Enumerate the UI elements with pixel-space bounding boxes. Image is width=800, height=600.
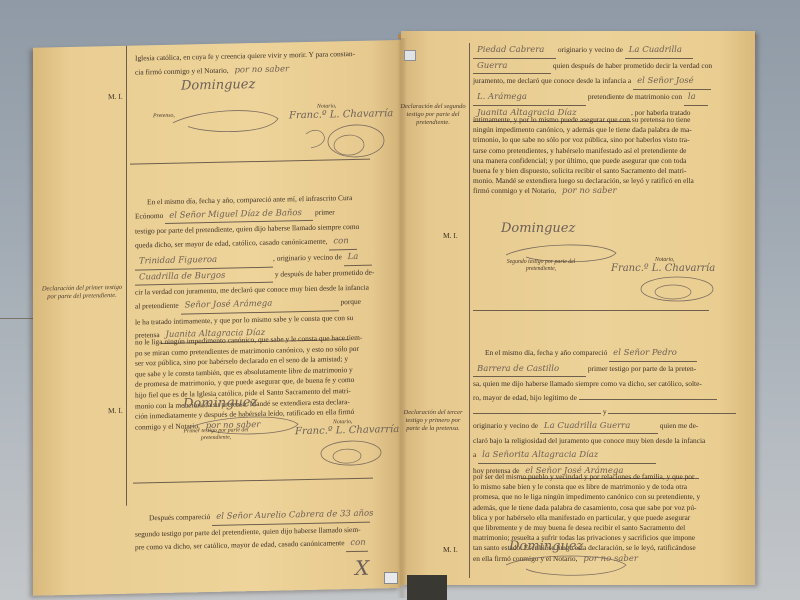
text-fragment: primer testigo por parte de la preten- [588, 364, 696, 373]
handwritten-place: Guerra [473, 60, 551, 75]
right-page: Piedad Cabrera originario y vecino de La… [401, 31, 755, 585]
binding-clip-top [404, 50, 416, 61]
book-gutter [397, 38, 407, 598]
handwritten-spouse-name: Piedad Cabrera [473, 44, 556, 59]
text-line: que libremente y de muy buena fe desea r… [473, 523, 735, 533]
text-line: promesa, que no le liga ningún impedimen… [473, 492, 735, 502]
second-witness-declaration: Después compareció el Señor Aurelio Cabr… [135, 506, 387, 556]
text-line: claró bajo la religiosidad del juramento… [473, 434, 735, 448]
margin-note-first-witness: Declaración del primer testigo por parte… [41, 284, 123, 302]
notary-flourish [301, 112, 391, 164]
text-fragment: juramento, me declaró que conoce desde l… [473, 76, 631, 85]
text-line: cia firmó conmigo y el Notario, [135, 65, 229, 76]
second-witness-continuation: Piedad Cabrera originario y vecino de La… [473, 43, 735, 122]
text-fragment: firmó conmigo y el Notario, [473, 186, 556, 195]
left-page: Iglesia católica, en cuya fe y creencia … [33, 40, 401, 596]
text-line: íntimamente, y por lo mismo puede asegur… [473, 115, 735, 125]
text-fragment: originario y vecino de [558, 45, 623, 54]
mi-label: M. I. [108, 406, 123, 415]
text-line: trimonio, lo que sabe no sólo por voz pú… [473, 135, 735, 145]
text-line: sa, quien me dijo haberse llamado siempr… [473, 377, 735, 391]
text-fragment: a [473, 450, 476, 459]
margin-note-second-witness: Declaración del segundo testigo por part… [399, 103, 467, 127]
bookmark-ribbon [407, 575, 447, 600]
text-fragment: y [603, 407, 607, 416]
third-witness-declaration: En el mismo día, fecha y año compareció … [473, 346, 735, 479]
handwritten-witness-name: Barrera de Castillo [473, 363, 586, 378]
text-fragment: En el mismo día, fecha y año compareció [485, 348, 607, 357]
text-fragment: queda dicho, ser mayor de edad, católico… [135, 237, 327, 250]
second-witness-body: íntimamente, y por lo mismo puede asegur… [473, 115, 735, 197]
text-line: tarse como pretendientes, y habérselo ma… [473, 146, 735, 156]
text-fragment: quien después de haber prometido decir l… [553, 61, 712, 70]
handwritten-pretendiente: el Señor José [633, 75, 711, 90]
text-line: por ser del mismo pueblo y vecindad y po… [473, 472, 735, 482]
x-mark: X [355, 556, 369, 580]
blank-field [579, 399, 717, 400]
text-fragment: y después de haber prometido de- [275, 267, 375, 278]
text-line: ningún impedimento canónico, y además qu… [473, 125, 735, 135]
handwritten-witness-name: el Señor Pedro [609, 347, 697, 362]
blank-field [473, 413, 601, 414]
mi-label: M. I. [443, 231, 458, 240]
text-fragment: ro, mayor de edad, hijo legítimo de [473, 393, 577, 402]
caption-second-witness: Segundo testigo por parte del pretendien… [503, 259, 579, 273]
handwritten-entry: con [329, 235, 357, 250]
handwritten-pretendiente: L. Arámega [473, 91, 586, 106]
text-line: lo mismo sabe bien y le consta que es li… [473, 482, 735, 492]
signature-flourish [501, 551, 631, 581]
text-line: una manera confidencial; y por último, q… [473, 156, 735, 166]
text-fragment: porque [340, 297, 361, 306]
signature-pretenso: Dominguez [181, 77, 255, 94]
text-fragment: al pretendiente [135, 301, 179, 311]
section-divider [473, 310, 709, 311]
margin-rule [126, 46, 127, 506]
handwritten-entry: por no saber [230, 63, 293, 78]
text-fragment: pre como va dicho, ser católico, mayor d… [135, 539, 345, 552]
mi-label: M. I. [108, 92, 123, 101]
text-line: buena fe y bien dispuesto, solicita reci… [473, 166, 735, 176]
handwritten-place: La Cuadrilla [625, 44, 693, 59]
handwritten-place: La [344, 250, 372, 265]
text-line: además, que le tiene dada palabra de cas… [473, 503, 735, 513]
text-fragment: pretendiente de matrimonio con [588, 92, 682, 101]
handwritten-place: La Cuadrilla Guerra [540, 420, 658, 435]
handwritten-entry: con [346, 537, 368, 552]
text-fragment: originario y vecino de [473, 421, 538, 430]
text-fragment: Ecónomo [135, 211, 163, 221]
handwritten-pretensa: la Señorita Altagracia Díaz [478, 449, 656, 464]
handwritten-entry: la [684, 91, 708, 106]
margin-rule [469, 43, 470, 578]
open-register-book: Iglesia católica, en cuya fe y creencia … [33, 28, 753, 598]
first-witness-declaration: En el mismo día, fecha y año, compareció… [135, 190, 387, 344]
signature-flourish [168, 98, 283, 140]
section-divider [133, 478, 373, 484]
mi-label: M. I. [443, 545, 458, 554]
handwritten-entry: por no saber [558, 186, 621, 196]
text-fragment: primer [315, 207, 335, 216]
notary-flourish [309, 430, 389, 472]
notary-flourish [627, 267, 727, 307]
binding-clip-bottom [384, 572, 398, 584]
margin-note-third-witness: Declaración del tercer testigo y primero… [399, 409, 467, 433]
text-line: monio. Mandé se extendiera luego su decl… [473, 176, 735, 186]
text-fragment: , originario y vecino de [273, 252, 342, 262]
text-fragment: Después compareció [149, 512, 210, 522]
opening-paragraph: Iglesia católica, en cuya fe y creencia … [135, 46, 385, 80]
caption-first-witness: Primer testigo por parte del pretendient… [181, 427, 251, 442]
text-fragment: quien me de- [660, 421, 699, 430]
signature-second-witness: Dominguez [501, 221, 575, 236]
text-line: blica y por habérselo ella manifestado e… [473, 513, 735, 523]
blank-field [608, 413, 736, 414]
